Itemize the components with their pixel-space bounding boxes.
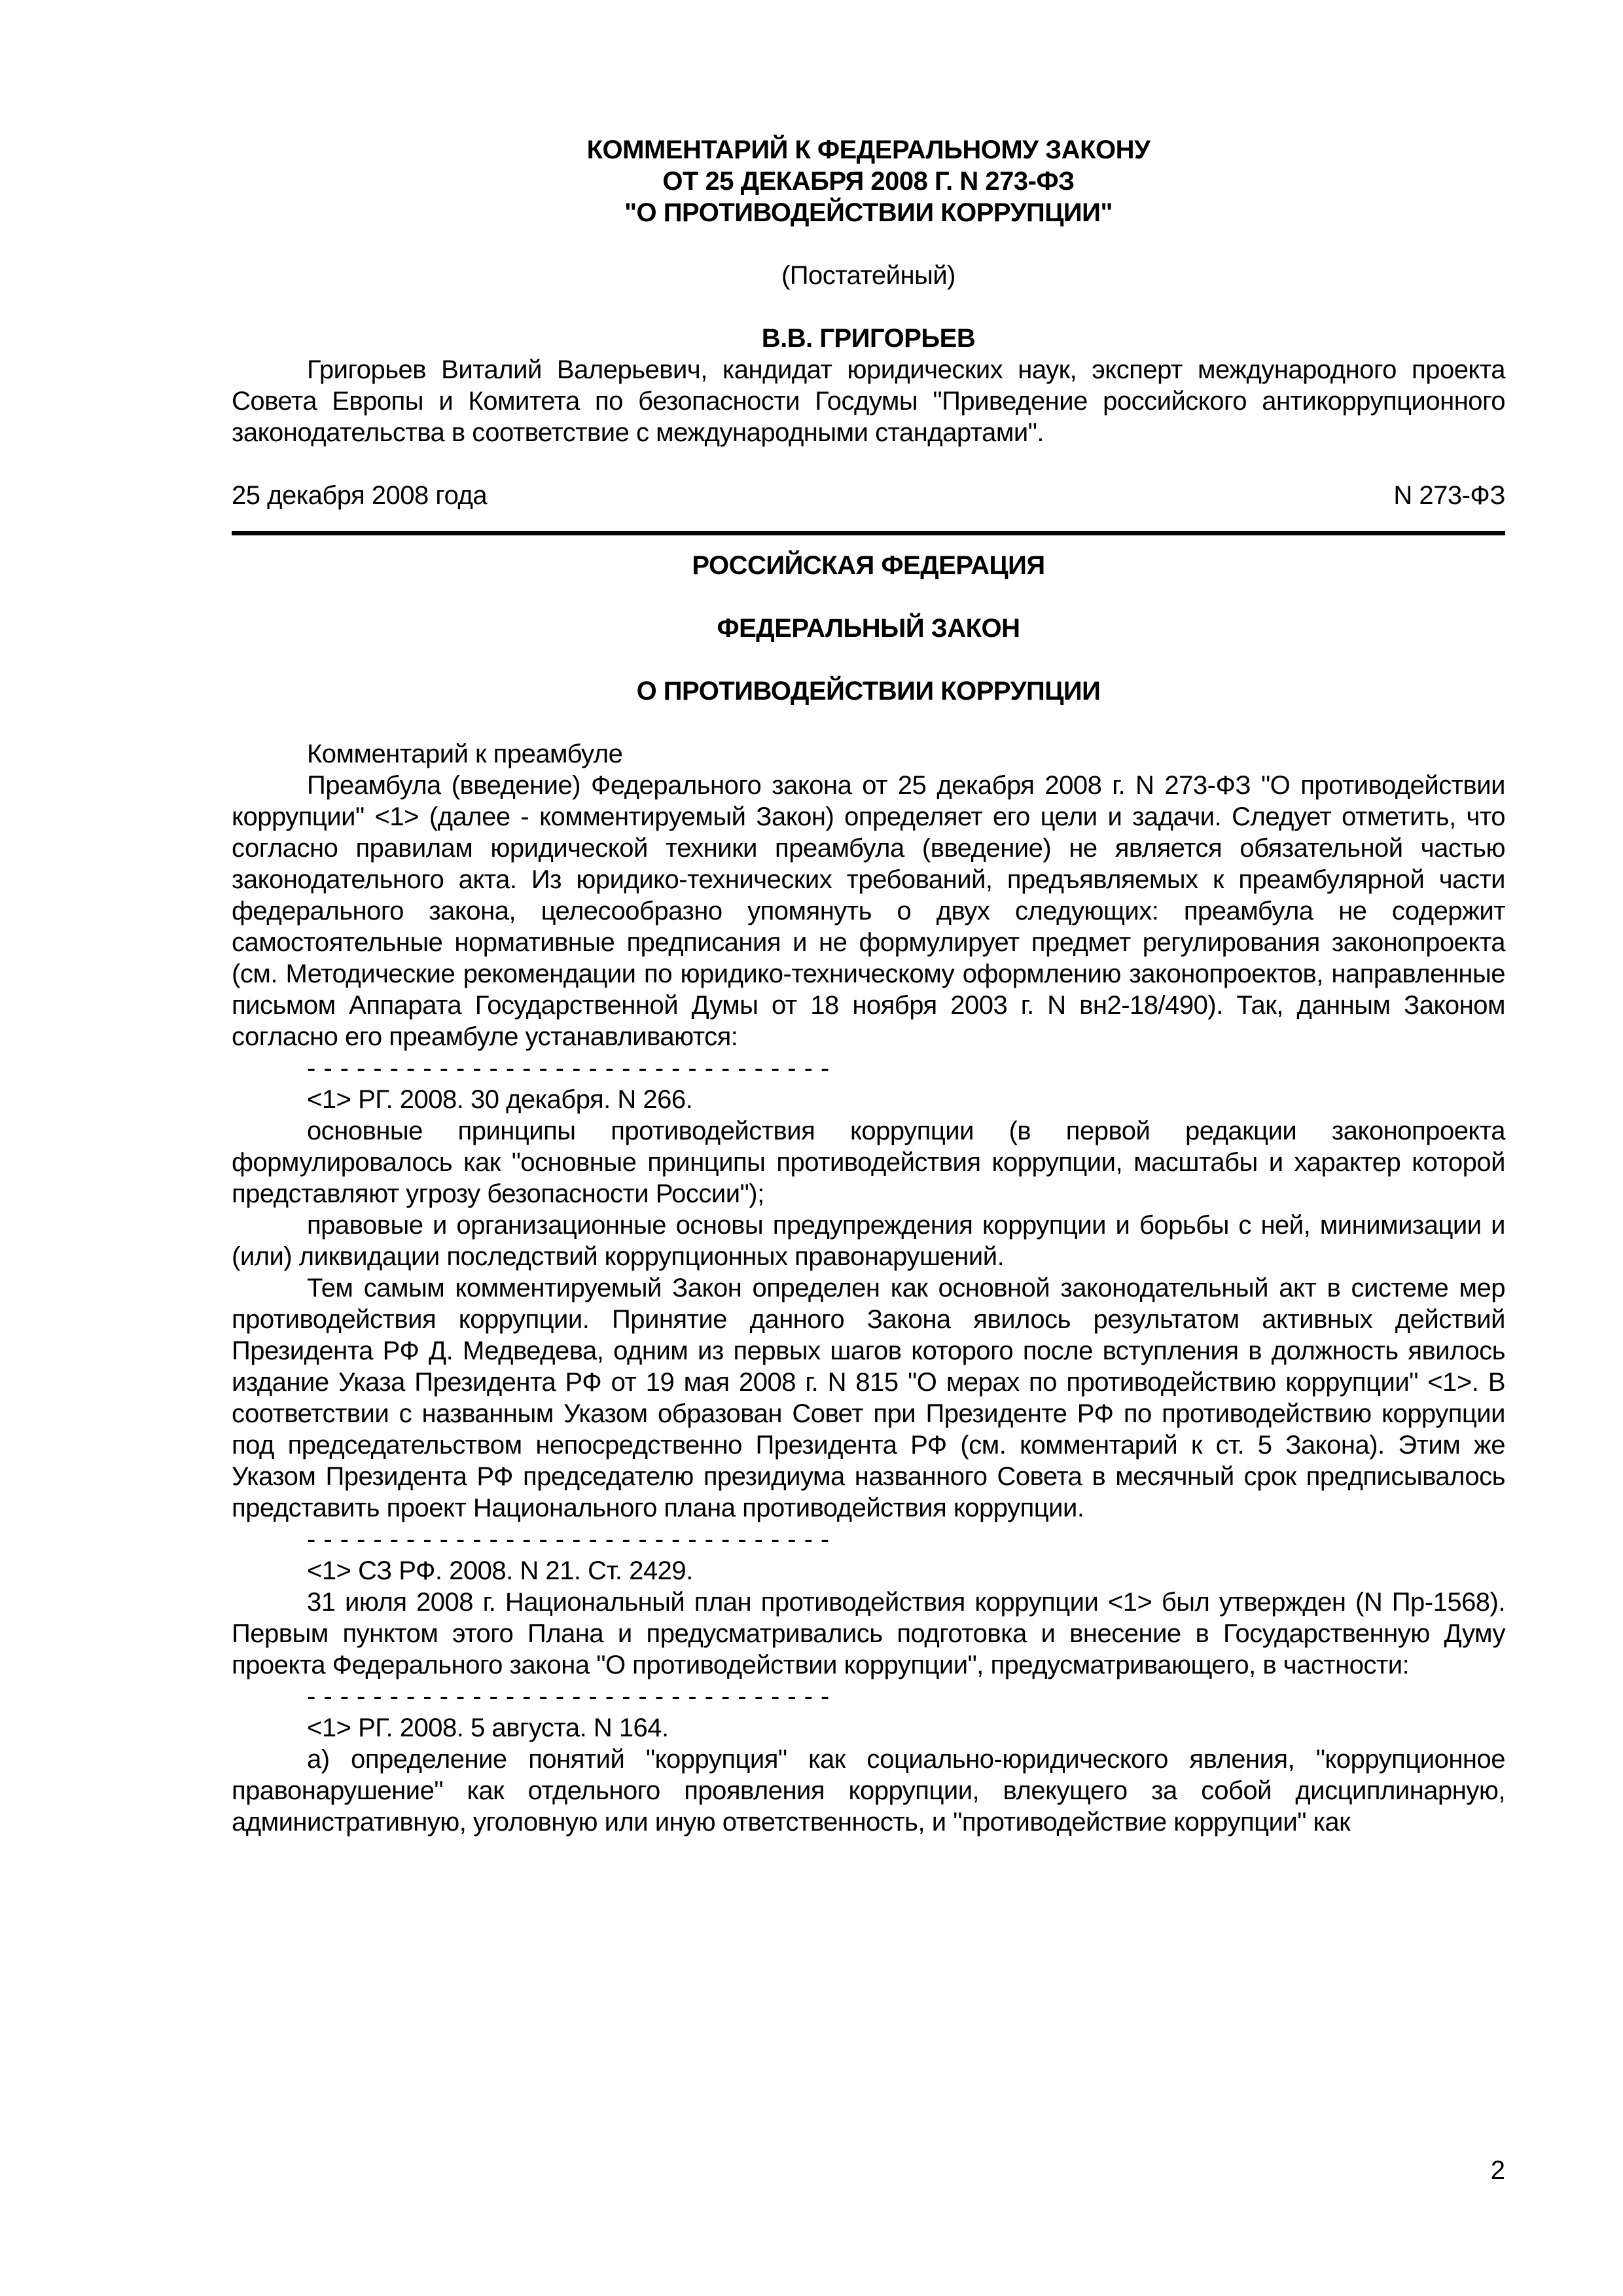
paragraph-definitions: а) определение понятий "коррупция" как с… [232, 1744, 1505, 1838]
footnote-1: <1> РГ. 2008. 30 декабря. N 266. [232, 1084, 1505, 1115]
paragraph-legal-basis: правовые и организационные основы предуп… [232, 1210, 1505, 1272]
page-number: 2 [1491, 2155, 1505, 2186]
paragraph-preamble: Преамбула (введение) Федерального закона… [232, 770, 1505, 1052]
doc-title-line-3: "О ПРОТИВОДЕЙСТВИИ КОРРУПЦИИ" [232, 197, 1505, 228]
doc-title-line-1: КОММЕНТАРИЙ К ФЕДЕРАЛЬНОМУ ЗАКОНУ [232, 134, 1505, 166]
horizontal-rule [232, 531, 1505, 535]
paragraph-national-plan: 31 июля 2008 г. Национальный план против… [232, 1587, 1505, 1681]
law-heading-name: О ПРОТИВОДЕЙСТВИИ КОРРУПЦИИ [232, 675, 1505, 707]
document-page: КОММЕНТАРИЙ К ФЕДЕРАЛЬНОМУ ЗАКОНУ ОТ 25 … [0, 0, 1623, 2296]
date-row: 25 декабря 2008 года N 273-ФЗ [232, 480, 1505, 511]
doc-title: КОММЕНТАРИЙ К ФЕДЕРАЛЬНОМУ ЗАКОНУ ОТ 25 … [232, 134, 1505, 228]
footnote-separator-1: -------------------------------- [232, 1052, 1505, 1084]
section-label: Комментарий к преамбуле [232, 738, 1505, 770]
paragraph-law-role: Тем самым комментируемый Закон определен… [232, 1272, 1505, 1524]
footnote-3: <1> РГ. 2008. 5 августа. N 164. [232, 1712, 1505, 1744]
doc-title-line-2: ОТ 25 ДЕКАБРЯ 2008 Г. N 273-ФЗ [232, 166, 1505, 197]
law-heading-type: ФЕДЕРАЛЬНЫЙ ЗАКОН [232, 613, 1505, 644]
doc-author: В.В. ГРИГОРЬЕВ [232, 323, 1505, 354]
author-bio-paragraph: Григорьев Виталий Валерьевич, кандидат ю… [232, 354, 1505, 448]
doc-date: 25 декабря 2008 года [232, 480, 487, 511]
footnote-separator-3: -------------------------------- [232, 1681, 1505, 1712]
footnote-2: <1> СЗ РФ. 2008. N 21. Ст. 2429. [232, 1555, 1505, 1587]
doc-number: N 273-ФЗ [1393, 480, 1505, 511]
footnote-separator-2: -------------------------------- [232, 1524, 1505, 1555]
law-heading-country: РОССИЙСКАЯ ФЕДЕРАЦИЯ [232, 550, 1505, 581]
paragraph-principles: основные принципы противодействия корруп… [232, 1115, 1505, 1210]
doc-subtitle: (Постатейный) [232, 260, 1505, 291]
